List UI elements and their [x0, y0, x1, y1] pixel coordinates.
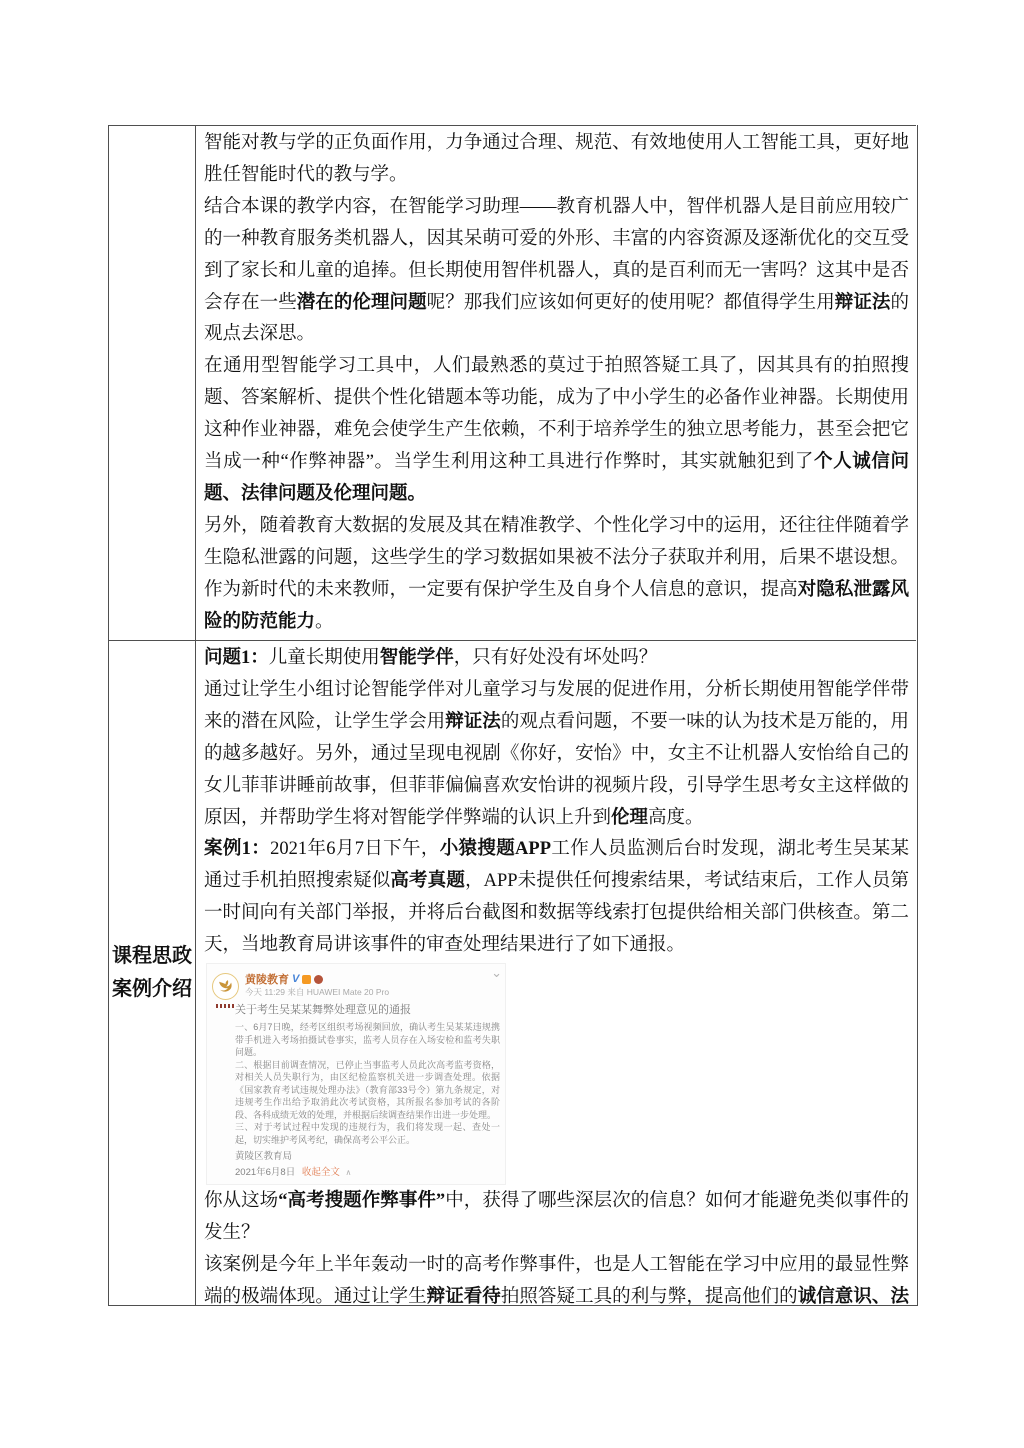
verified-badge-icon: V: [292, 973, 299, 985]
document-page: 智能对教与学的正负面作用，力争通过合理、规范、有效地使用人工智能工具，更好地胜任…: [0, 0, 1024, 1448]
paragraph: 在通用型智能学习工具中，人们最熟悉的莫过于拍照答疑工具了，因其具有的拍照搜题、答…: [204, 351, 909, 511]
weibo-screenshot[interactable]: 黄陵教育 V 今天 11:29 来自 HUAWEI Mate 20 Pro ⌄ …: [206, 963, 506, 1185]
collapse-full-text-link: 收起全文: [302, 1167, 340, 1178]
paragraph: 该案例是今年上半年轰动一时的高考作弊事件，也是人工智能在学习中应用的最显性弊端的…: [204, 1250, 909, 1305]
medal-badge-icon: [314, 975, 323, 984]
row2-content-cell: 问题1：儿童长期使用智能学伴，只有好处没有坏处吗？通过让学生小组讨论智能学伴对儿…: [195, 640, 916, 1305]
paragraph-group-before-image: 问题1：儿童长期使用智能学伴，只有好处没有坏处吗？通过让学生小组讨论智能学伴对儿…: [204, 643, 909, 962]
weibo-body-paragraph: 二、根据目前调查情况，已停止当事监考人员此次高考监考资格，对相关人员失职行为，由…: [235, 1059, 500, 1122]
member-badge-icon: [302, 975, 311, 984]
weibo-date: 2021年6月8日: [235, 1167, 295, 1178]
weibo-body-paragraph: 一、6月7日晚，经考区组织考场视频回放，确认考生吴某某违规携带手机进入考场拍摄试…: [235, 1021, 500, 1059]
row1-label-cell-empty: [108, 125, 195, 640]
paragraph: 你从这场“高考搜题作弊事件”中，获得了哪些深层次的信息？如何才能避免类似事件的发…: [204, 1186, 909, 1250]
course-table: 智能对教与学的正负面作用，力争通过合理、规范、有效地使用人工智能工具，更好地胜任…: [108, 125, 918, 1306]
weibo-dateline: 2021年6月8日 收起全文 ∧: [235, 1164, 351, 1178]
paragraph: 另外，随着教育大数据的发展及其在精准教学、个性化学习中的运用，还往往伴随着学生隐…: [204, 511, 909, 639]
weibo-avatar: [212, 973, 239, 1000]
weibo-signature: 黄陵区教育局: [235, 1148, 292, 1162]
chevron-down-icon: ⌄: [491, 967, 502, 979]
weibo-post-title: 关于考生吴某某舞弊处理意见的通报: [235, 1001, 411, 1017]
weibo-post-body: 一、6月7日晚，经考区组织考场视频回放，确认考生吴某某违规携带手机进入考场拍摄试…: [235, 1021, 500, 1146]
paragraph-group-after-image: 你从这场“高考搜题作弊事件”中，获得了哪些深层次的信息？如何才能避免类似事件的发…: [204, 1186, 909, 1305]
weibo-account-name: 黄陵教育: [245, 971, 289, 987]
row-label-line2: 案例介绍: [112, 973, 192, 1006]
avatar-caption-marks: [216, 1004, 218, 1008]
paragraph: 智能对教与学的正负面作用，力争通过合理、规范、有效地使用人工智能工具，更好地胜任…: [204, 128, 909, 192]
row1-content-cell: 智能对教与学的正负面作用，力争通过合理、规范、有效地使用人工智能工具，更好地胜任…: [195, 125, 916, 640]
caret-up-icon: ∧: [346, 1168, 352, 1177]
row-label-line1: 课程思政: [112, 940, 192, 973]
paragraph: 通过让学生小组讨论智能学伴对儿童学习与发展的促进作用，分析长期使用智能学伴带来的…: [204, 675, 909, 835]
weibo-timestamp: 今天 11:29 来自 HUAWEI Mate 20 Pro: [245, 986, 389, 998]
paragraph-group-row1: 智能对教与学的正负面作用，力争通过合理、规范、有效地使用人工智能工具，更好地胜任…: [204, 128, 909, 639]
paragraph: 问题1：儿童长期使用智能学伴，只有好处没有坏处吗？: [204, 643, 909, 675]
paragraph: 结合本课的教学内容，在智能学习助理——教育机器人中，智伴机器人是目前应用较广的一…: [204, 192, 909, 352]
phoenix-logo-icon: [216, 977, 235, 996]
weibo-body-paragraph: 三、对于考试过程中发现的违规行为，我们将发现一起、查处一起，切实维护考风考纪，确…: [235, 1121, 500, 1146]
row2-label-cell: 课程思政 案例介绍: [108, 640, 195, 1305]
weibo-header: 黄陵教育 V: [245, 971, 323, 987]
paragraph: 案例1：2021年6月7日下午，小猿搜题APP工作人员监测后台时发现，湖北考生吴…: [204, 834, 909, 962]
